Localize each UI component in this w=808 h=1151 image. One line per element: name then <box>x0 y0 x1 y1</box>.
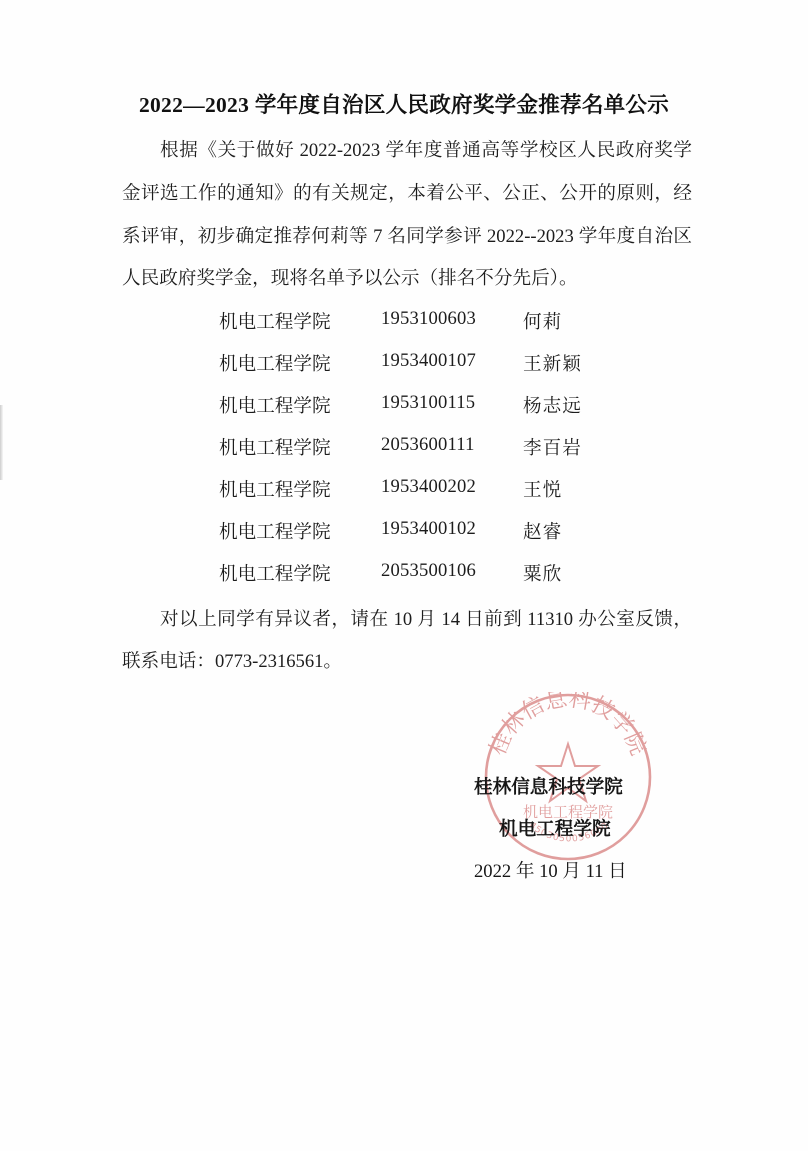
student-row: 机电工程学院 2053500106 粟欣 <box>0 560 808 586</box>
student-row: 机电工程学院 1953100115 杨志远 <box>0 392 808 418</box>
student-college: 机电工程学院 <box>219 476 331 502</box>
svg-text:桂林信息科技学院: 桂林信息科技学院 <box>485 692 650 759</box>
signature-institution: 桂林信息科技学院 <box>474 773 623 799</box>
student-row: 机电工程学院 1953400102 赵睿 <box>0 518 808 544</box>
student-name: 杨志远 <box>523 392 582 418</box>
student-college: 机电工程学院 <box>219 350 331 376</box>
document-page: 2022—2023 学年度自治区人民政府奖学金推荐名单公示 根据《关于做好 20… <box>0 0 808 1151</box>
student-name: 赵睿 <box>523 518 562 544</box>
footer-contact-line: 联系电话：0773-2316561。 <box>122 647 692 673</box>
student-college: 机电工程学院 <box>219 308 331 334</box>
student-row: 机电工程学院 2053600111 李百岩 <box>0 434 808 460</box>
intro-line-1: 根据《关于做好 2022-2023 学年度普通高等学校区人民政府奖学 <box>160 136 692 162</box>
student-name: 李百岩 <box>523 434 582 460</box>
student-id: 2053600111 <box>381 434 475 456</box>
student-name: 王悦 <box>523 476 562 502</box>
student-id: 1953400107 <box>381 350 476 372</box>
student-college: 机电工程学院 <box>219 518 331 544</box>
intro-line-2: 金评选工作的通知》的有关规定，本着公平、公正、公开的原则，经 <box>122 179 692 205</box>
student-id: 2053500106 <box>381 560 476 582</box>
student-college: 机电工程学院 <box>219 560 331 586</box>
intro-line-4: 人民政府奖学金，现将名单予以公示（排名不分先后）。 <box>122 264 692 290</box>
student-college: 机电工程学院 <box>219 392 331 418</box>
student-name: 王新颖 <box>523 350 582 376</box>
student-name: 粟欣 <box>523 560 562 586</box>
intro-line-3: 系评审，初步确定推荐何莉等 7 名同学参评 2022--2023 学年度自治区 <box>122 222 692 248</box>
document-title: 2022—2023 学年度自治区人民政府奖学金推荐名单公示 <box>0 88 808 119</box>
student-id: 1953100603 <box>381 308 476 330</box>
student-college: 机电工程学院 <box>219 434 331 460</box>
student-id: 1953400102 <box>381 518 476 540</box>
student-row: 机电工程学院 1953400107 王新颖 <box>0 350 808 376</box>
student-row: 机电工程学院 1953400202 王悦 <box>0 476 808 502</box>
signature-department: 机电工程学院 <box>499 815 611 841</box>
signature-date: 2022 年 10 月 11 日 <box>474 857 627 883</box>
footer-objection-line: 对以上同学有异议者，请在 10 月 14 日前到 11310 办公室反馈， <box>160 605 692 631</box>
student-row: 机电工程学院 1953100603 何莉 <box>0 308 808 334</box>
student-id: 1953100115 <box>381 392 475 414</box>
student-name: 何莉 <box>523 308 562 334</box>
student-id: 1953400202 <box>381 476 476 498</box>
